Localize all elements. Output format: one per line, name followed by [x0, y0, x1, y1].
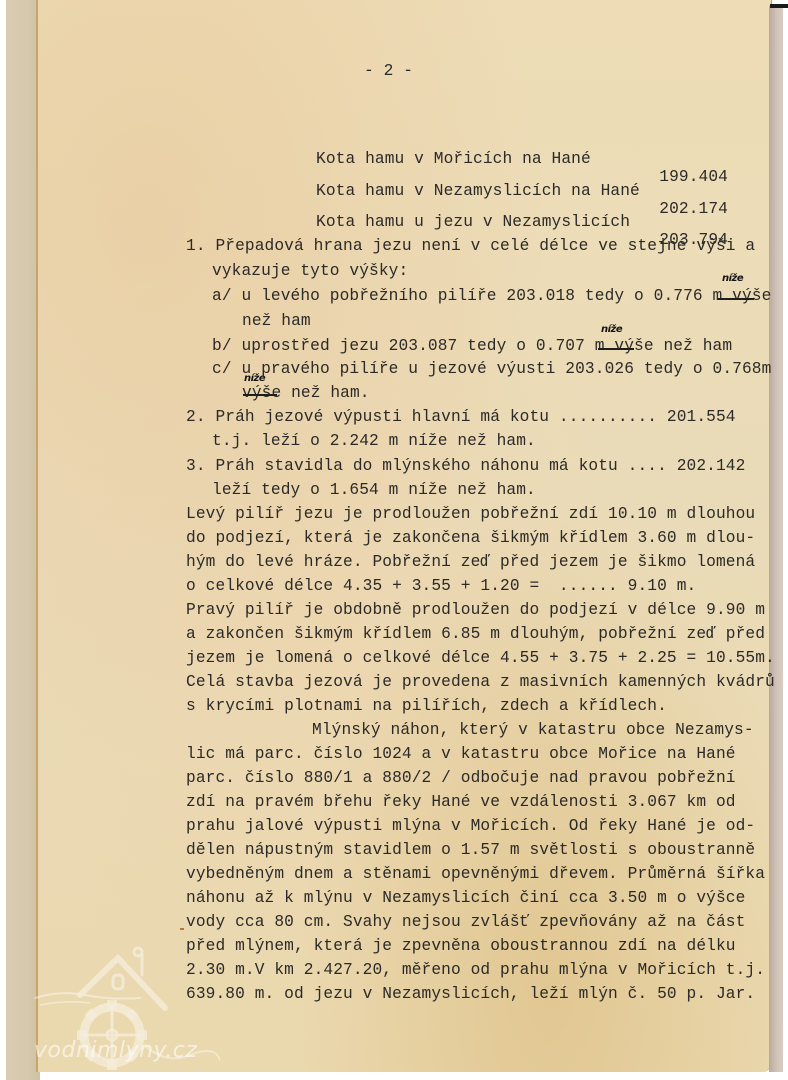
paragraph-line: o celkové délce 4.35 + 3.55 + 1.20 = ...… [186, 577, 696, 595]
paragraph-line: Mlýnský náhon, který v katastru obce Nez… [312, 721, 754, 739]
strikethrough [598, 348, 634, 350]
paragraph-line: Levý pilíř jezu je prodloužen pobřežní z… [186, 505, 755, 523]
paragraph-line: před mlýnem, která je zpevněna oboustran… [186, 937, 736, 955]
scan-border [770, 4, 788, 8]
paragraph-line: dělen nápustným stavidlem o 1.57 m světl… [186, 841, 755, 859]
paragraph-line: lic má parc. číslo 1024 a v katastru obc… [186, 745, 736, 763]
handwritten-correction: níže [244, 373, 265, 384]
list-item-1-line: vykazuje tyto výšky: [212, 262, 408, 280]
paragraph-line: vybedněným dnem a stěnami opevněnými dře… [186, 865, 765, 883]
list-item-1a: a/ u levého pobřežního pilíře 203.018 te… [212, 287, 771, 305]
paragraph-line: 2.30 m.V km 2.427.20, měřeno od prahu ml… [186, 961, 765, 979]
watermark-text: vodnimlyny.cz [34, 1038, 197, 1063]
list-item-2-line: t.j. leží o 2.242 m níže než ham. [212, 432, 536, 450]
strikethrough [243, 394, 277, 396]
page-stack-right-edge [769, 6, 783, 1072]
paragraph-line: náhonu až k mlýnu v Nezamyslicích činí c… [186, 889, 745, 907]
list-item-3-line: leží tedy o 1.654 m níže než ham. [212, 481, 536, 499]
list-item-1c-cont: výše než ham. [242, 384, 370, 402]
paragraph-line: hým do levé hráze. Pobřežní zeď před jez… [186, 553, 755, 571]
paragraph-line: Celá stavba jezová je provedena z masivn… [186, 673, 775, 691]
elevation-label: Kota hamu u jezu v Nezamyslicích [316, 213, 630, 231]
list-item-1c: c/ u pravého pilíře u jezové výusti 203.… [212, 360, 771, 378]
page-number: - 2 - [364, 62, 413, 80]
paragraph-line: parc. číslo 880/1 a 880/2 / odbočuje nad… [186, 769, 736, 787]
paragraph-line: s krycími plotnami na pilířích, zdech a … [186, 697, 667, 715]
paragraph-line: prahu jalové výpusti mlýna v Mořicích. O… [186, 817, 755, 835]
strikethrough [718, 298, 754, 300]
handwritten-correction: níže [722, 273, 743, 284]
list-item-3-line: 3. Práh stavidla do mlýnského náhonu má … [186, 457, 745, 475]
list-item-1b: b/ uprostřed jezu 203.087 tedy o 0.707 m… [212, 337, 732, 355]
paragraph-line: jezem je lomená o celkové délce 4.55 + 3… [186, 649, 775, 667]
paragraph-line: Pravý pilíř je obdobně prodloužen do pod… [186, 601, 765, 619]
paragraph-line: zdí na pravém břehu řeky Hané ve vzdálen… [186, 793, 736, 811]
handwritten-correction: níže [601, 324, 622, 335]
paragraph-line: 639.80 m. od jezu v Nezamyslicích, leží … [186, 985, 755, 1003]
paragraph-line: do podjezí, která je zakončena šikmým kř… [186, 529, 755, 547]
underlying-page-edge [6, 0, 40, 1080]
paragraph-line: a zakončen šikmým křídlem 6.85 m dlouhým… [186, 625, 765, 643]
list-item-1-line: 1. Přepadová hrana jezu není v celé délc… [186, 237, 755, 255]
paragraph-line: vody cca 80 cm. Svahy nejsou zvlášť zpev… [186, 913, 745, 931]
list-item-1a-cont: než ham [242, 312, 311, 330]
list-item-2-line: 2. Práh jezové výpusti hlavní má kotu ..… [186, 408, 736, 426]
